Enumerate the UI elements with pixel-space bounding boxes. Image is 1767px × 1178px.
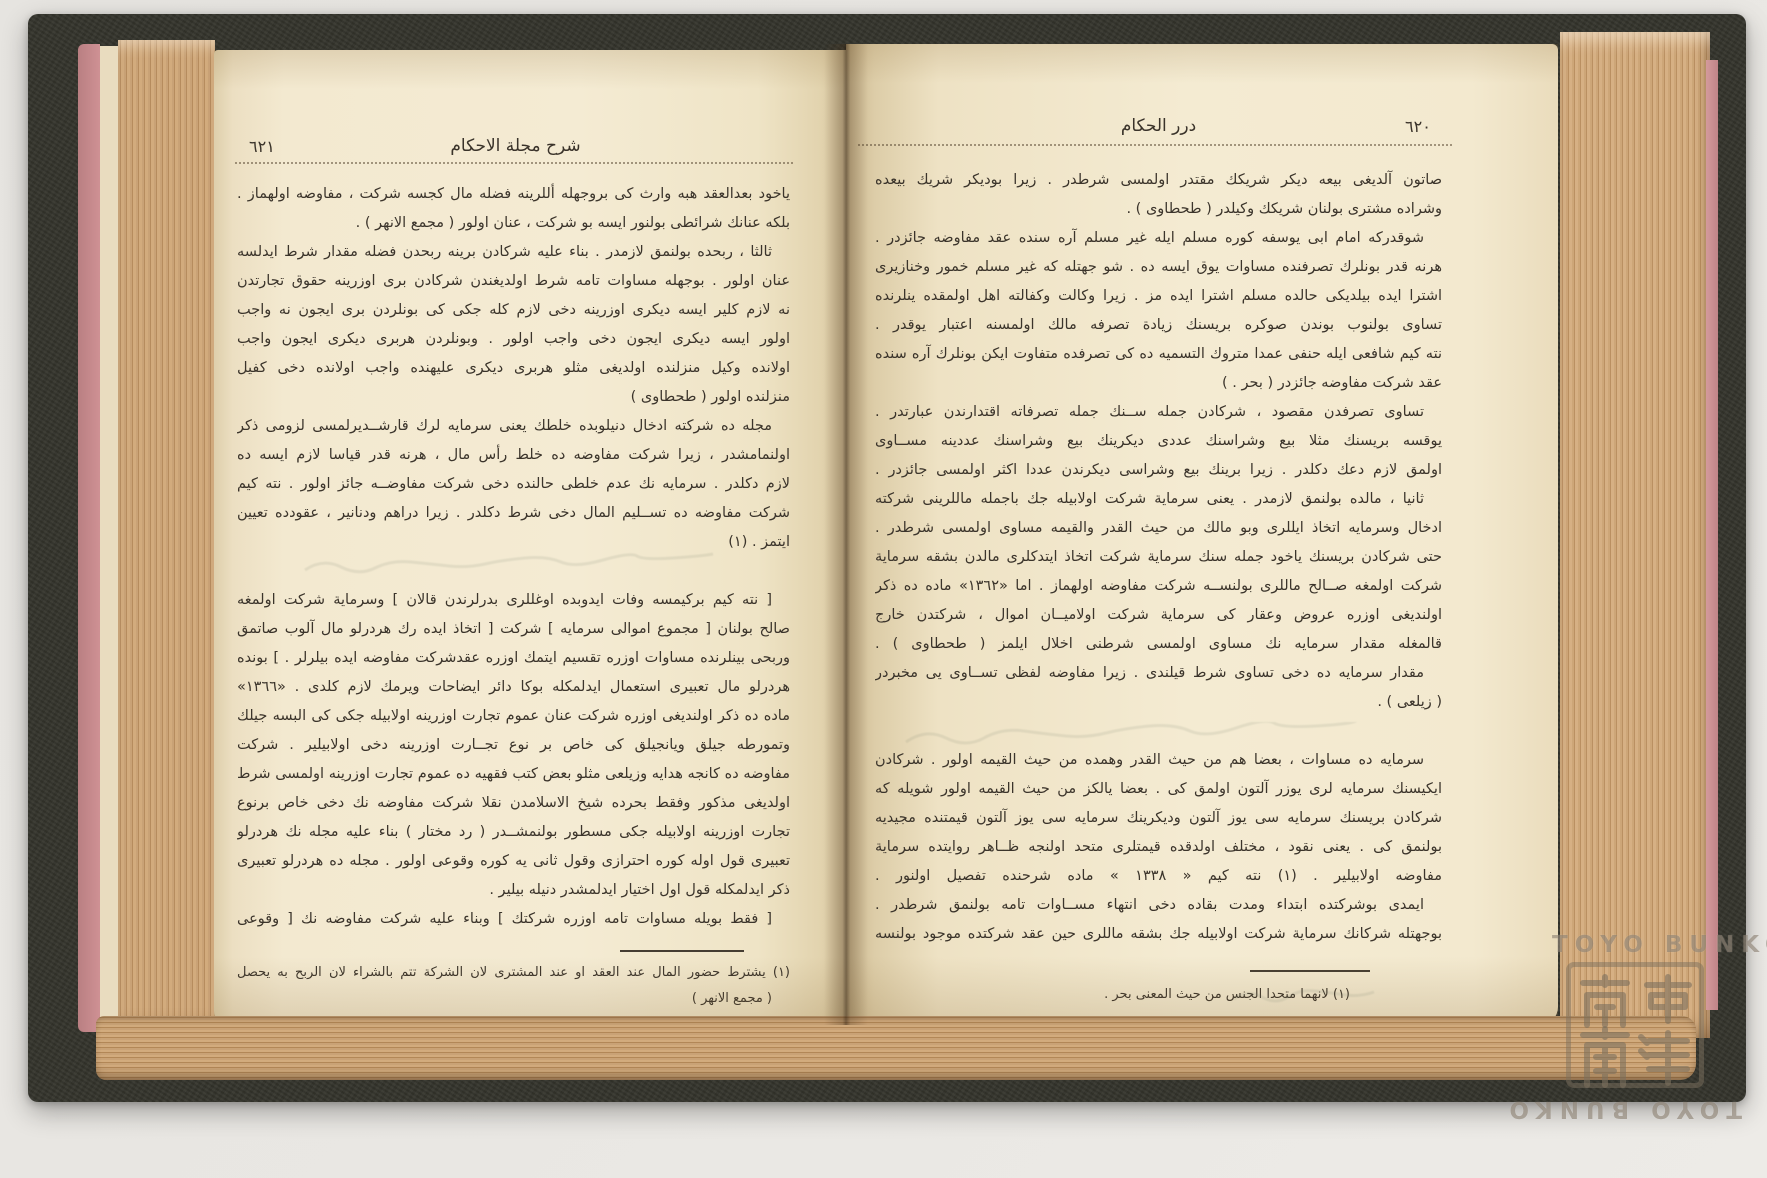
page-edges-right — [1560, 32, 1710, 1038]
text-line: ( زيلعى ) . — [875, 688, 1442, 717]
text-line: يوقسه بريسنك مثلا بيع وشراسنك عددى ديكري… — [875, 427, 1442, 456]
endpaper-pink-left — [78, 44, 100, 1032]
right-footnote-rule — [1250, 970, 1370, 972]
text-line: منزلنده اولور ( طحطاوى ) — [237, 383, 790, 412]
text-line: مفاوضه اولابيلير . (١) نته كيم « ١٣٣٨ » … — [875, 862, 1442, 891]
left-page-title: شرح مجلة الاحكام — [237, 136, 794, 156]
text-line: شوقدركه امام ابى يوسفه كوره مسلم ايله غي… — [875, 224, 1442, 253]
text-line: وربحى بينلرنده مساوات اوزره تقسيم ايتمك … — [237, 644, 790, 673]
text-line: بوجهتله شركانك سرماية شركت اولابيله جك ب… — [875, 920, 1442, 949]
text-line: (١) لانهما متحدا الجنس من حيث المعنى بحر… — [875, 982, 1442, 1008]
text-line: (١) يشترط حضور المال عند العقد او عند ال… — [237, 960, 790, 986]
text-line: لازم دكلدر . سرمايه نك عدم خلطى حالنده د… — [237, 470, 790, 499]
text-line: ياخود بعدالعقد هبه وارث كى بروجهله أللري… — [237, 180, 790, 209]
left-page: ٦٢١ شرح مجلة الاحكام ياخود بعدالعقد هبه … — [214, 50, 846, 1025]
text-line: ثالثا ، ربحده بولنمق لازمدر . بناء عليه … — [237, 238, 790, 267]
text-line: [ فقط بويله مساوات تامه اوزره شركتك ] وب… — [237, 905, 790, 934]
left-header-rule — [235, 162, 793, 164]
text-line: مجله ده شركته ادخال دنيلوبده خلطك يعنى س… — [237, 412, 790, 441]
left-footnote-rule — [620, 950, 744, 952]
left-page-header: ٦٢١ شرح مجلة الاحكام — [237, 136, 794, 162]
text-line: ( مجمع الانهر ) — [237, 986, 790, 1012]
text-line: ذكر ايدلمكله قول اول اختيار ايدلمشدر دني… — [237, 876, 790, 905]
text-line: تعبيرى قول اوله كوره احترازى وقول ثانى ي… — [237, 847, 790, 876]
text-line: ماده ده ذكر اولنديغى اوزره شركت عنان عمو… — [237, 702, 790, 731]
text-line: صالح بولنان [ مجموع اموالى سرمايه ] شركت… — [237, 615, 790, 644]
text-line: اولديغى مذكور وفقط بحرده شيخ الاسلامدن ن… — [237, 789, 790, 818]
page-edges-left — [118, 40, 215, 1032]
text-line: تساوى بولنوب بوندن صوكره بريسنك زيادة تص… — [875, 311, 1442, 340]
text-line: هرنه قدر بونلرك تصرفنده مساوات يوق ايسه … — [875, 253, 1442, 282]
text-line: ادخال وسرمايه اتخاذ ايللرى وبو مالك من ح… — [875, 514, 1442, 543]
text-line: نته كيم شافعى ايله حنفى عمدا متروك التسم… — [875, 340, 1442, 369]
right-header-rule — [858, 144, 1452, 146]
text-line: سرمايه ده مساوات ، بعضا هم من حيث القدر … — [875, 746, 1442, 775]
text-line: ثانيا ، مالده بولنمق لازمدر . يعنى سرماي… — [875, 485, 1442, 514]
text-line: بلكه عنانك شرائطى بولنور ايسه بو شركت ، … — [237, 209, 790, 238]
right-page-header: ٦٢٠ درر الحكام — [875, 116, 1442, 142]
text-line: صاتون آلديغى بيعه ديكر شريكك مقتدر اولمس… — [875, 166, 1442, 195]
text-line: وتمورطه جيلق ويانجيلق كى خاص بر نوع تجــ… — [237, 731, 790, 760]
text-line: تجارت اوزرينه اولابيله جكى مسطور بولنمشـ… — [237, 818, 790, 847]
endpaper-cream-left — [100, 46, 118, 1030]
text-line: وشراده مشترى بولنان شريكك وكيلدر ( طحطاو… — [875, 195, 1442, 224]
text-line: حتى شركادن بريسنك ياخود جمله سنك سرماية … — [875, 543, 1442, 572]
endpaper-pink-right — [1706, 60, 1718, 1010]
text-line: نه لازم كلير ايسه ديكرى اوزرينه دخى لازم… — [237, 296, 790, 325]
text-line: قالمغله مقدار سرمايه نك مساوى اولمسى شرط… — [875, 630, 1442, 659]
text-line: مقدار سرمايه ده دخى تساوى شرط قيلندى . ز… — [875, 659, 1442, 688]
text-line: ايتمز . (١) — [237, 528, 790, 557]
book-scan-photo: ٦٢١ شرح مجلة الاحكام ياخود بعدالعقد هبه … — [0, 0, 1767, 1178]
text-line: اولور ايسه ديكرى ايجون دخى واجب اولور . … — [237, 325, 790, 354]
text-line: بولنمق كى . يعنى نقود ، مختلف اولدقده قي… — [875, 833, 1442, 862]
text-line: ايكيسنك سرمايه لرى يوزر آلتون اولمق كى .… — [875, 775, 1442, 804]
text-line: شركت اولمغه صــالح ماللرى بولنســه شركت … — [875, 572, 1442, 601]
text-line: شركت مفاوضه ده تســليم المال دخى شرط دكل… — [237, 499, 790, 528]
page-edges-bottom — [96, 1016, 1696, 1080]
left-page-body: ياخود بعدالعقد هبه وارث كى بروجهله أللري… — [237, 180, 790, 934]
left-page-footnote: (١) يشترط حضور المال عند العقد او عند ال… — [237, 960, 790, 1012]
right-page-title: درر الحكام — [875, 116, 1442, 136]
text-line: اولنمامشدر ، زيرا شركت مفاوضه ده خلط رأس… — [237, 441, 790, 470]
text-line: ايمدى بوشركتده ابتداء ومدت بقاده دخى انت… — [875, 891, 1442, 920]
text-line: عقد شركت مفاوضه جائزدر ( بحر . ) — [875, 369, 1442, 398]
right-page-body: صاتون آلديغى بيعه ديكر شريكك مقتدر اولمس… — [875, 166, 1442, 949]
text-line: عنان اولور . بوجهله مساوات تامه شرط اولد… — [237, 267, 790, 296]
text-line: اشترا ايده بيلديكى حالده مسلم اشترا ايده… — [875, 282, 1442, 311]
text-line: مفاوضه ده كانجه هدايه وزيلعى مثلو بعض كت… — [237, 760, 790, 789]
text-line: هردرلو مال تعبيرى استعمال ايدلمكله بوكا … — [237, 673, 790, 702]
right-page: ٦٢٠ درر الحكام صاتون آلديغى بيعه ديكر شر… — [846, 44, 1558, 1025]
right-page-footnote: (١) لانهما متحدا الجنس من حيث المعنى بحر… — [875, 982, 1442, 1008]
text-line: [ نته كيم بركيمسه وفات ايدوبده اوغللرى ب… — [237, 586, 790, 615]
text-line: اولانده وكيل منزلنده اولديغى مثلو هربرى … — [237, 354, 790, 383]
left-page-number: ٦٢١ — [249, 137, 275, 156]
text-line: شركادن بريسنك سرمايه سى يوز آلتون وديكري… — [875, 804, 1442, 833]
text-line: اولمق لازم دعك دكلدر . زيرا برينك بيع وش… — [875, 456, 1442, 485]
text-line: اولنديغى اوزره عروض وعقار كى سرماية شركت… — [875, 601, 1442, 630]
text-line: تساوى تصرفدن مقصود ، شركادن جمله ســنك ج… — [875, 398, 1442, 427]
right-page-number: ٦٢٠ — [1405, 117, 1431, 136]
